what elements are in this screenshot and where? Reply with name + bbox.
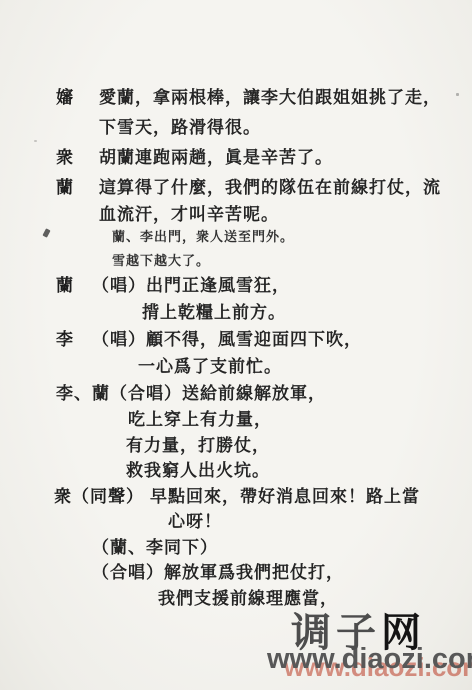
speaker-label: 衆 <box>56 148 74 168</box>
speaker-label: 李 <box>56 330 74 350</box>
dialogue-line: 心呀！ <box>168 512 222 532</box>
verse-line: 有力量，打勝仗， <box>126 436 270 456</box>
dialogue-line: 血流汗，才叫辛苦呢。 <box>99 205 279 225</box>
dialogue-line: 這算得了什麼，我們的隊伍在前線打仗，流 <box>99 178 441 198</box>
dialogue-line: 胡蘭連跑兩趟，眞是辛苦了。 <box>99 148 333 168</box>
verse-line: 救我窮人出火坑。 <box>126 461 270 481</box>
watermark-site-name-gray: 调子 <box>291 611 381 655</box>
ink-speck <box>42 228 50 237</box>
verse-line: （唱）出門正逢風雪狂， <box>92 276 290 296</box>
verse-line: （合唱）解放軍爲我們把仗打， <box>92 563 344 583</box>
verse-line: 一心爲了支前忙。 <box>138 357 282 377</box>
verse-line: 李、蘭（合唱）送給前線解放軍， <box>56 384 326 404</box>
speaker-label: 衆（同聲） <box>54 487 144 507</box>
dialogue-line: 愛蘭，拿兩根棒，讓李大伯跟姐姐挑了走， <box>99 88 441 108</box>
dialogue-line: 早點回來，帶好消息回來！路上當 <box>150 487 420 507</box>
watermark-site-name: 调子网 <box>291 601 426 658</box>
stage-direction: 雪越下越大了。 <box>112 253 210 269</box>
verse-line: 吃上穿上有力量， <box>128 410 272 430</box>
speaker-label: 蘭 <box>56 276 74 296</box>
scanned-script-page: 嬸 衆 蘭 蘭 李 衆（同聲） 愛蘭，拿兩根棒，讓李大伯跟姐姐挑了走， 下雪天，… <box>0 0 472 690</box>
watermark-site-name-black: 网 <box>381 611 426 655</box>
ink-speck <box>34 140 37 142</box>
ink-speck <box>456 93 459 96</box>
stage-direction: 蘭、李出門，衆人送至門外。 <box>112 229 294 245</box>
verse-line: （唱）顧不得，風雪迎面四下吹， <box>92 330 362 350</box>
speaker-label: 嬸 <box>56 88 74 108</box>
stage-direction: （蘭、李同下） <box>92 538 218 558</box>
dialogue-line: 下雪天，路滑得很。 <box>99 118 261 138</box>
speaker-label: 蘭 <box>56 178 74 198</box>
verse-line: 揹上乾糧上前方。 <box>142 303 286 323</box>
